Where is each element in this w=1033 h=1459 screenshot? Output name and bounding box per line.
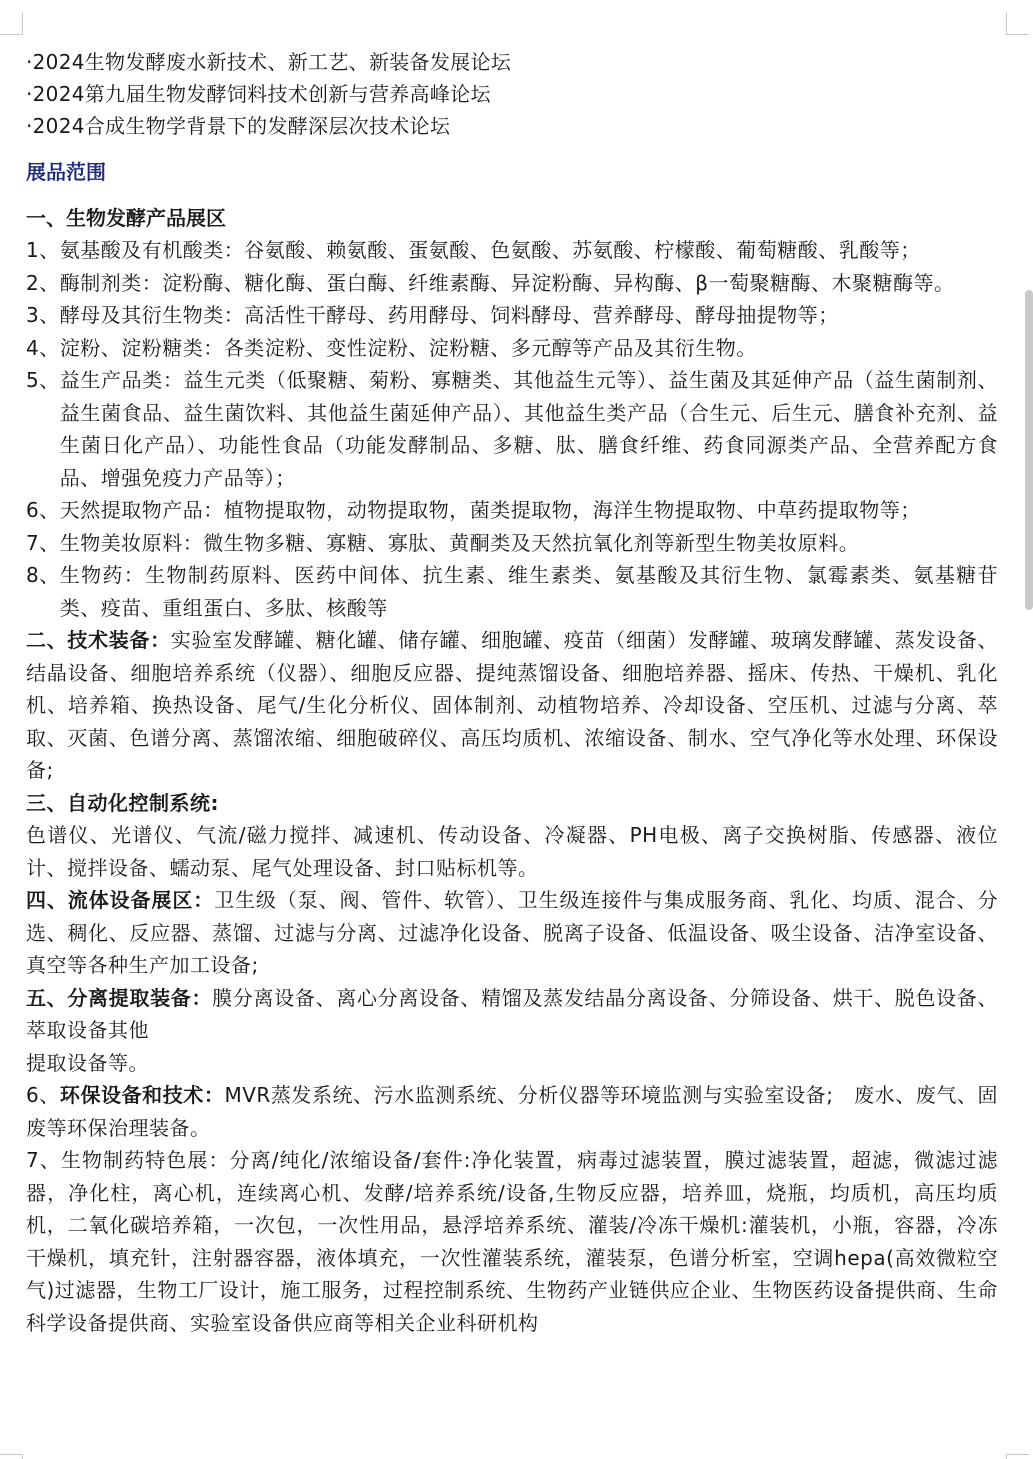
list-item: 1、 氨基酸及有机酸类：谷氨酸、赖氨酸、蛋氨酸、色氨酸、苏氨酸、柠檬酸、葡萄糖酸… [26, 234, 998, 267]
page-corner-mark [0, 1454, 23, 1459]
item-number: 1、 [26, 234, 60, 267]
item-label: 酶制剂类： [60, 271, 163, 295]
item-label: 酵母及其衍生物类： [60, 303, 245, 327]
item-label: 淀粉、淀粉糖类： [60, 336, 224, 360]
vertical-scrollbar[interactable] [1025, 290, 1033, 610]
page-corner-mark [0, 12, 23, 35]
category-2-title: 二、技术装备： [26, 628, 171, 652]
category-5-title: 五、分离提取装备： [26, 986, 212, 1010]
item-text: 各类淀粉、变性淀粉、淀粉糖、多元醇等产品及其衍生物。 [224, 336, 757, 360]
forum-list: ·2024生物发酵废水新技术、新工艺、新装备发展论坛 ·2024第九届生物发酵饲… [26, 46, 998, 142]
item-label: 氨基酸及有机酸类： [60, 238, 245, 262]
item-number: 8、 [26, 559, 60, 624]
item-text: 益生元类（低聚糖、菊粉、寡糖类、其他益生元等）、益生菌及其延伸产品（益生菌制剂、… [60, 368, 998, 490]
page-corner-mark [1006, 12, 1029, 35]
category-6-number: 6、 [26, 1083, 60, 1107]
category-7-text: 分离/纯化/浓缩设备/套件:净化装置，病毒过滤装置，膜过滤装置，超滤，微滤过滤器… [26, 1148, 998, 1335]
item-label: 生物美妆原料： [60, 531, 204, 555]
page-corner-mark [1006, 1454, 1029, 1459]
list-item: 2、 酶制剂类：淀粉酶、糖化酶、蛋白酶、纤维素酶、异淀粉酶、异构酶、β一萄聚糖酶… [26, 267, 998, 300]
list-item: 4、 淀粉、淀粉糖类：各类淀粉、变性淀粉、淀粉糖、多元醇等产品及其衍生物。 [26, 332, 998, 365]
list-item: 8、 生物药：生物制药原料、医药中间体、抗生素、维生素类、氨基酸及其衍生物、氯霉… [26, 559, 998, 624]
category-3-title: 三、自动化控制系统: [26, 787, 998, 820]
category-1-list: 1、 氨基酸及有机酸类：谷氨酸、赖氨酸、蛋氨酸、色氨酸、苏氨酸、柠檬酸、葡萄糖酸… [26, 234, 998, 624]
category-2-paragraph: 二、技术装备：实验室发酵罐、糖化罐、储存罐、细胞罐、疫苗（细菌）发酵罐、玻璃发酵… [26, 624, 998, 787]
category-5-text-cont: 提取设备等。 [26, 1047, 998, 1080]
category-7-title: 生物制药特色展： [61, 1148, 230, 1172]
list-item: 5、 益生产品类：益生元类（低聚糖、菊粉、寡糖类、其他益生元等）、益生菌及其延伸… [26, 364, 998, 494]
item-number: 3、 [26, 299, 60, 332]
item-text: 高活性干酵母、药用酵母、饲料酵母、营养酵母、酵母抽提物等； [244, 303, 839, 327]
item-text: 生物制药原料、医药中间体、抗生素、维生素类、氨基酸及其衍生物、氯霉素类、氨基糖苷… [60, 563, 998, 620]
category-4-title: 四、流体设备展区： [26, 888, 214, 912]
item-number: 7、 [26, 527, 60, 560]
forum-item: ·2024合成生物学背景下的发酵深层次技术论坛 [26, 110, 998, 142]
item-label: 天然提取物产品： [60, 498, 224, 522]
item-label: 生物药： [60, 563, 145, 587]
category-6-paragraph: 6、环保设备和技术：MVR蒸发系统、污水监测系统、分析仪器等环境监测与实验室设备… [26, 1079, 998, 1144]
item-label: 益生产品类： [60, 368, 184, 392]
category-3-text: 色谱仪、光谱仪、气流/磁力搅拌、减速机、传动设备、冷凝器、PH电极、离子交换树脂… [26, 819, 998, 884]
item-number: 2、 [26, 267, 60, 300]
forum-item: ·2024第九届生物发酵饲料技术创新与营养高峰论坛 [26, 78, 998, 110]
section-title: 展品范围 [26, 156, 998, 188]
document-page: ·2024生物发酵废水新技术、新工艺、新装备发展论坛 ·2024第九届生物发酵饲… [26, 46, 998, 1339]
category-5-paragraph: 五、分离提取装备：膜分离设备、离心分离设备、精馏及蒸发结晶分离设备、分筛设备、烘… [26, 982, 998, 1047]
item-text: 谷氨酸、赖氨酸、蛋氨酸、色氨酸、苏氨酸、柠檬酸、葡萄糖酸、乳酸等； [244, 238, 921, 262]
category-7-paragraph: 7、生物制药特色展：分离/纯化/浓缩设备/套件:净化装置，病毒过滤装置，膜过滤装… [26, 1144, 998, 1339]
list-item: 6、 天然提取物产品：植物提取物，动物提取物，菌类提取物，海洋生物提取物、中草药… [26, 494, 998, 527]
category-1-title: 一、生物发酵产品展区 [26, 202, 998, 234]
list-item: 7、 生物美妆原料：微生物多糖、寡糖、寡肽、黄酮类及天然抗氧化剂等新型生物美妆原… [26, 527, 998, 560]
item-number: 6、 [26, 494, 60, 527]
category-4-paragraph: 四、流体设备展区：卫生级（泵、阀、管件、软管）、卫生级连接件与集成服务商、乳化、… [26, 884, 998, 982]
category-7-number: 7、 [26, 1148, 61, 1172]
item-text: 微生物多糖、寡糖、寡肽、黄酮类及天然抗氧化剂等新型生物美妆原料。 [203, 531, 859, 555]
list-item: 3、 酵母及其衍生物类：高活性干酵母、药用酵母、饲料酵母、营养酵母、酵母抽提物等… [26, 299, 998, 332]
item-text: 淀粉酶、糖化酶、蛋白酶、纤维素酶、异淀粉酶、异构酶、β一萄聚糖酶、木聚糖酶等。 [162, 271, 954, 295]
category-6-title: 环保设备和技术： [60, 1083, 225, 1107]
item-number: 4、 [26, 332, 60, 365]
item-number: 5、 [26, 364, 60, 494]
forum-item: ·2024生物发酵废水新技术、新工艺、新装备发展论坛 [26, 46, 998, 78]
item-text: 植物提取物，动物提取物，菌类提取物，海洋生物提取物、中草药提取物等； [224, 498, 921, 522]
category-2-text: 实验室发酵罐、糖化罐、储存罐、细胞罐、疫苗（细菌）发酵罐、玻璃发酵罐、蒸发设备、… [26, 628, 998, 782]
